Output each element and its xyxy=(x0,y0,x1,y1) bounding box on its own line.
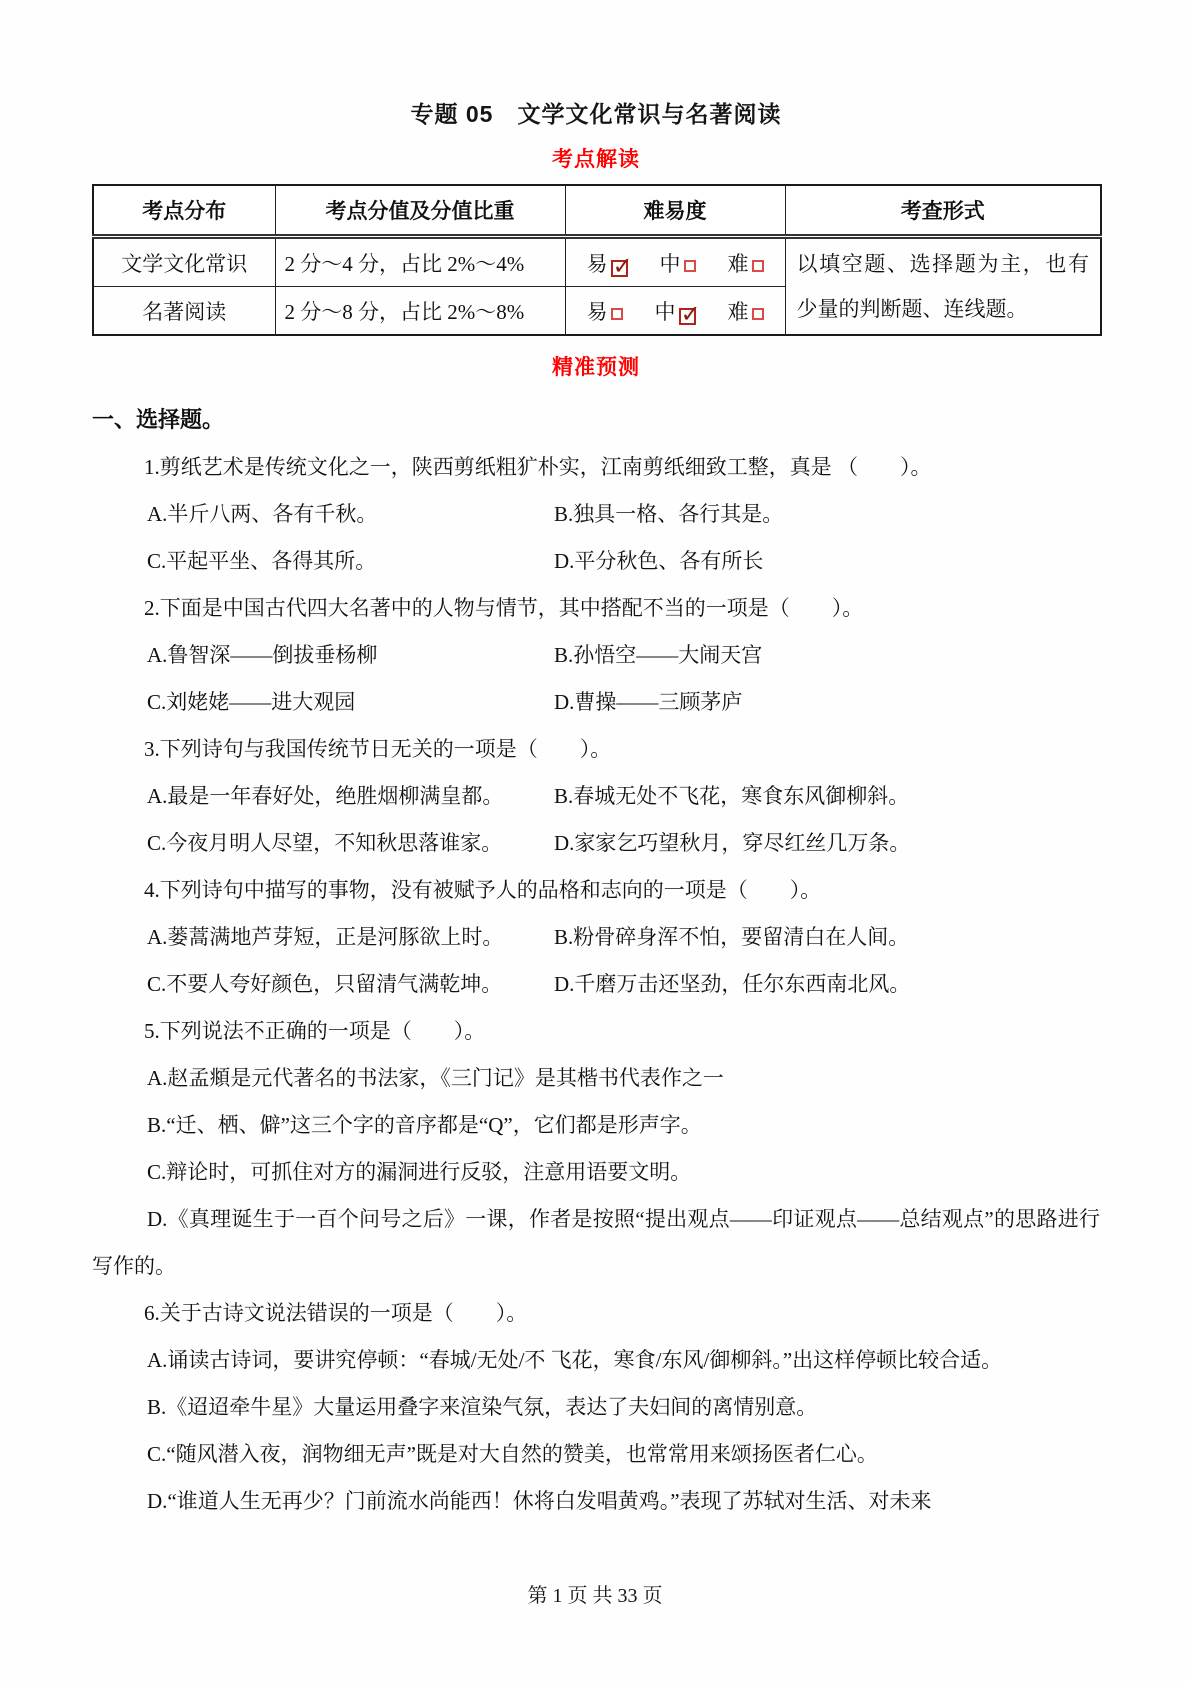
table-row: 文学文化常识 2 分～4 分，占比 2%～4% 易✓ 中 难 以填空题、选择题为… xyxy=(93,237,1101,287)
option-b: B.孙悟空——大闹天宫 xyxy=(554,632,1100,679)
page-content: 专题 05 文学文化常识与名著阅读 考点解读 考点分布 考点分值及分值比重 难易… xyxy=(92,0,1100,1525)
score-cell: 2 分～8 分，占比 2%～8% xyxy=(275,287,565,336)
section-choice-heading: 一、选择题。 xyxy=(92,403,1100,434)
option-a: A.诵读古诗词，要讲究停顿：“春城/无处/不 飞花，寒食/东风/御柳斜。”出这样… xyxy=(92,1337,1100,1384)
option-row: C.今夜月明人尽望，不知秋思落谁家。 D.家家乞巧望秋月，穿尽红丝几万条。 xyxy=(92,820,1100,867)
topic-cell: 文学文化常识 xyxy=(93,237,275,287)
option-c: C.辩论时，可抓住对方的漏洞进行反驳，注意用语要文明。 xyxy=(92,1149,1100,1196)
question-stem: 2.下面是中国古代四大名著中的人物与情节，其中搭配不当的一项是（ ）。 xyxy=(92,585,1100,632)
option-b: B.《迢迢牵牛星》大量运用叠字来渲染气氛，表达了夫妇间的离情别意。 xyxy=(92,1384,1100,1431)
question-stem: 1.剪纸艺术是传统文化之一，陕西剪纸粗犷朴实，江南剪纸细致工整，真是 （ ）。 xyxy=(92,444,1100,491)
difficulty-cell: 易✓ 中 难 xyxy=(565,237,785,287)
questions-area: 1.剪纸艺术是传统文化之一，陕西剪纸粗犷朴实，江南剪纸细致工整，真是 （ ）。 … xyxy=(92,444,1100,1525)
exam-points-table: 考点分布 考点分值及分值比重 难易度 考查形式 文学文化常识 2 分～4 分，占… xyxy=(92,184,1102,336)
score-cell: 2 分～4 分，占比 2%～4% xyxy=(275,237,565,287)
option-d: D.曹操——三顾茅庐 xyxy=(554,679,1100,726)
option-c: C.平起平坐、各得其所。 xyxy=(147,538,554,585)
difficulty-cell: 易 中✓ 难 xyxy=(565,287,785,336)
option-c: C.刘姥姥——进大观园 xyxy=(147,679,554,726)
difficulty-label-hard: 难 xyxy=(728,300,749,324)
checkbox-empty-icon xyxy=(611,308,623,320)
option-c: C.不要人夸好颜色，只留清气满乾坤。 xyxy=(147,961,554,1008)
page-number-footer: 第 1 页 共 33 页 xyxy=(0,1579,1190,1608)
option-a: A.蒌蒿满地芦芽短，正是河豚欲上时。 xyxy=(147,914,554,961)
checkbox-checked-icon: ✓ xyxy=(679,308,696,325)
option-row: A.鲁智深——倒拔垂杨柳 B.孙悟空——大闹天宫 xyxy=(92,632,1100,679)
option-d: D.平分秋色、各有所长 xyxy=(554,538,1100,585)
col-header-score: 考点分值及分值比重 xyxy=(275,185,565,237)
checkbox-empty-icon xyxy=(752,260,764,272)
option-b: B.春城无处不飞花，寒食东风御柳斜。 xyxy=(554,773,1100,820)
question-stem: 5.下列说法不正确的一项是（ ）。 xyxy=(92,1008,1100,1055)
checkbox-checked-icon: ✓ xyxy=(611,260,628,277)
section-heading-yuce: 精准预测 xyxy=(92,351,1100,381)
option-row: A.蒌蒿满地芦芽短，正是河豚欲上时。 B.粉骨碎身浑不怕，要留清白在人间。 xyxy=(92,914,1100,961)
option-a: A.赵孟頫是元代著名的书法家，《三门记》是其楷书代表作之一 xyxy=(92,1055,1100,1102)
section-heading-kaodian: 考点解读 xyxy=(92,143,1100,173)
option-d: D.《真理诞生于一百个问号之后》一课，作者是按照“提出观点——印证观点——总结观… xyxy=(92,1196,1100,1290)
option-d: D.“谁道人生无再少？门前流水尚能西！休将白发唱黄鸡。”表现了苏轼对生活、对未来 xyxy=(92,1478,1100,1525)
page-title: 专题 05 文学文化常识与名著阅读 xyxy=(92,96,1100,129)
option-row: C.平起平坐、各得其所。 D.平分秋色、各有所长 xyxy=(92,538,1100,585)
option-b: B.粉骨碎身浑不怕，要留清白在人间。 xyxy=(554,914,1100,961)
option-c: C.今夜月明人尽望，不知秋思落谁家。 xyxy=(147,820,554,867)
option-row: A.最是一年春好处，绝胜烟柳满皇都。 B.春城无处不飞花，寒食东风御柳斜。 xyxy=(92,773,1100,820)
option-d: D.千磨万击还坚劲，任尔东西南北风。 xyxy=(554,961,1100,1008)
checkbox-empty-icon xyxy=(752,308,764,320)
document-page: 专题 05 文学文化常识与名著阅读 考点解读 考点分布 考点分值及分值比重 难易… xyxy=(0,0,1190,1682)
difficulty-label-mid: 中 xyxy=(660,252,681,276)
question-stem: 3.下列诗句与我国传统节日无关的一项是（ ）。 xyxy=(92,726,1100,773)
option-a: A.最是一年春好处，绝胜烟柳满皇都。 xyxy=(147,773,554,820)
topic-cell: 名著阅读 xyxy=(93,287,275,336)
question-stem: 6.关于古诗文说法错误的一项是（ ）。 xyxy=(92,1290,1100,1337)
option-c: C.“随风潜入夜，润物细无声”既是对大自然的赞美，也常常用来颂扬医者仁心。 xyxy=(92,1431,1100,1478)
option-d: D.家家乞巧望秋月，穿尽红丝几万条。 xyxy=(554,820,1100,867)
col-header-difficulty: 难易度 xyxy=(565,185,785,237)
difficulty-label-easy: 易 xyxy=(587,300,608,324)
exam-form-cell: 以填空题、选择题为主，也有少量的判断题、连线题。 xyxy=(785,237,1101,336)
question-stem: 4.下列诗句中描写的事物，没有被赋予人的品格和志向的一项是（ ）。 xyxy=(92,867,1100,914)
difficulty-label-hard: 难 xyxy=(728,252,749,276)
difficulty-label-easy: 易 xyxy=(587,252,608,276)
option-row: A.半斤八两、各有千秋。 B.独具一格、各行其是。 xyxy=(92,491,1100,538)
option-a: A.半斤八两、各有千秋。 xyxy=(147,491,554,538)
option-row: C.不要人夸好颜色，只留清气满乾坤。 D.千磨万击还坚劲，任尔东西南北风。 xyxy=(92,961,1100,1008)
option-row: C.刘姥姥——进大观园 D.曹操——三顾茅庐 xyxy=(92,679,1100,726)
difficulty-label-mid: 中 xyxy=(655,300,676,324)
option-b: B.“迁、栖、僻”这三个字的音序都是“Q”，它们都是形声字。 xyxy=(92,1102,1100,1149)
checkbox-empty-icon xyxy=(684,260,696,272)
col-header-distribution: 考点分布 xyxy=(93,185,275,237)
option-b: B.独具一格、各行其是。 xyxy=(554,491,1100,538)
col-header-form: 考查形式 xyxy=(785,185,1101,237)
option-a: A.鲁智深——倒拔垂杨柳 xyxy=(147,632,554,679)
table-header-row: 考点分布 考点分值及分值比重 难易度 考查形式 xyxy=(93,185,1101,237)
